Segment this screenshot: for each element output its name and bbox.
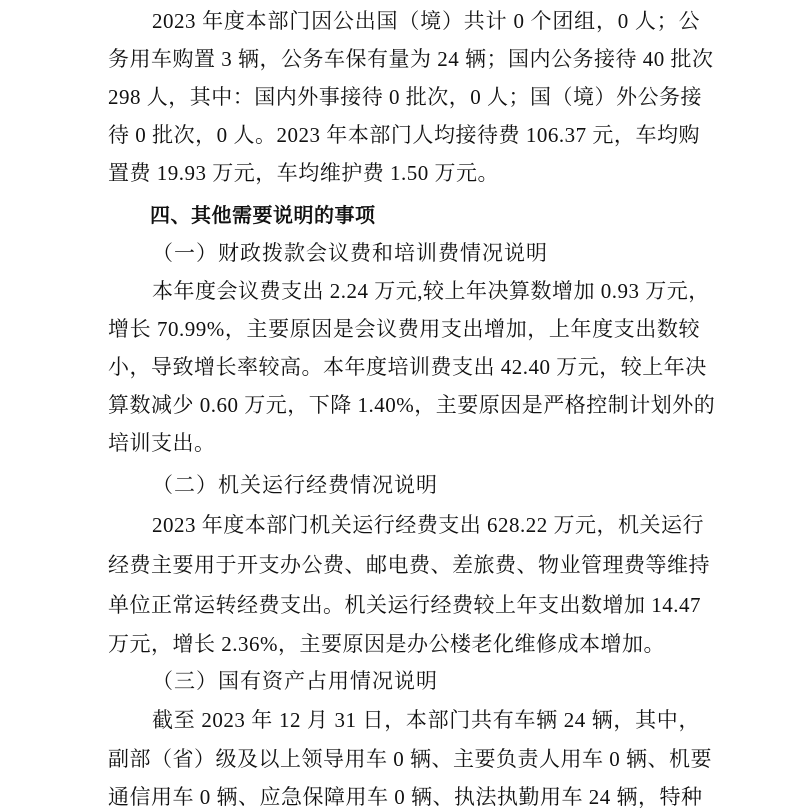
subsection-title: （一）财政拨款会议费和培训费情况说明 (152, 234, 548, 272)
document-page: 2023 年度本部门因公出国（境）共计 0 个团组，0 人；公 务用车购置 3 … (0, 0, 800, 808)
paragraph-line: 2023 年度本部门因公出国（境）共计 0 个团组，0 人；公 (152, 2, 700, 40)
paragraph-line: 本年度会议费支出 2.24 万元,较上年决算数增加 0.93 万元， (152, 272, 700, 310)
paragraph-line: 算数减少 0.60 万元，下降 1.40%，主要原因是严格控制计划外的 (108, 386, 700, 424)
subsection-title: （三）国有资产占用情况说明 (152, 662, 438, 700)
paragraph-line: 副部（省）级及以上领导用车 0 辆、主要负责人用车 0 辆、机要 (108, 740, 700, 778)
paragraph-line: 298 人，其中：国内外事接待 0 批次，0 人；国（境）外公务接 (108, 78, 700, 116)
paragraph-line: 培训支出。 (108, 424, 700, 462)
paragraph-line: 经费主要用于开支办公费、邮电费、差旅费、物业管理费等维持 (108, 546, 700, 584)
subsection-title: （二）机关运行经费情况说明 (152, 466, 438, 504)
paragraph-line: 通信用车 0 辆、应急保障用车 0 辆、执法执勤用车 24 辆，特种 (108, 778, 700, 808)
paragraph-line: 务用车购置 3 辆，公务车保有量为 24 辆；国内公务接待 40 批次 (108, 40, 700, 78)
paragraph-line: 万元，增长 2.36%，主要原因是办公楼老化维修成本增加。 (108, 625, 700, 663)
paragraph-line: 小，导致增长率较高。本年度培训费支出 42.40 万元，较上年决 (108, 348, 700, 386)
paragraph-line: 置费 19.93 万元，车均维护费 1.50 万元。 (108, 154, 700, 192)
section-heading: 四、其他需要说明的事项 (150, 196, 376, 234)
paragraph-line: 截至 2023 年 12 月 31 日，本部门共有车辆 24 辆，其中， (152, 701, 700, 739)
paragraph-line: 增长 70.99%，主要原因是会议费用支出增加，上年度支出数较 (108, 310, 700, 348)
paragraph-line: 2023 年度本部门机关运行经费支出 628.22 万元，机关运行 (152, 506, 700, 544)
paragraph-line: 单位正常运转经费支出。机关运行经费较上年支出数增加 14.47 (108, 586, 700, 624)
paragraph-line: 待 0 批次，0 人。2023 年本部门人均接待费 106.37 元，车均购 (108, 116, 700, 154)
